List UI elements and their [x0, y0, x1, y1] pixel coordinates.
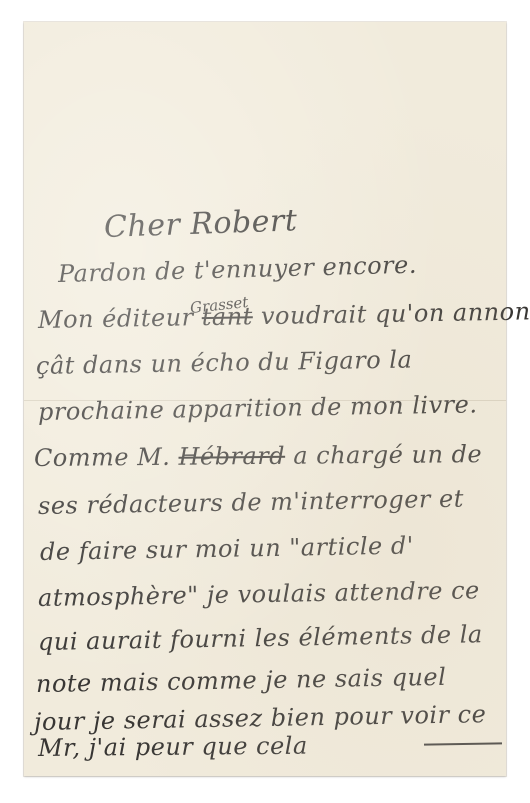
continuation-dash: [424, 742, 502, 745]
line-5-before: Comme M.: [34, 443, 179, 472]
line-2-before: Mon éditeur: [38, 303, 202, 334]
letter-page: Cher Robert Pardon de t'ennuyer encore. …: [24, 22, 506, 776]
struck-word: tant: [201, 302, 253, 331]
line-2-after: voudrait qu'on annon-: [253, 297, 530, 330]
struck-name: Hébrard: [178, 442, 285, 471]
letter-line-9: qui aurait fourni les éléments de la: [38, 620, 483, 656]
letter-line-10: note mais comme je ne sais quel: [36, 663, 447, 698]
letter-line-1: Pardon de t'ennuyer encore.: [58, 251, 418, 288]
letter-line-12: Mr, j'ai peur que cela: [38, 732, 308, 762]
line-5-after: a chargé un de: [285, 440, 482, 470]
letter-line-5: Comme M. Hébrard a chargé un de: [34, 440, 482, 472]
letter-line-8: atmosphère" je voulais attendre ce: [38, 576, 480, 612]
letter-line-7: de faire sur moi un "article d': [40, 531, 414, 566]
letter-line-11: jour je serai assez bien pour voir ce: [34, 700, 487, 736]
salutation: Cher Robert: [103, 203, 298, 245]
letter-line-4: prochaine apparition de mon livre.: [38, 390, 478, 426]
letter-line-3: çât dans un écho du Figaro la: [36, 345, 413, 380]
letter-line-6: ses rédacteurs de m'interroger et: [38, 485, 464, 520]
letter-line-2: Mon éditeur tant voudrait qu'on annon-: [38, 297, 530, 334]
